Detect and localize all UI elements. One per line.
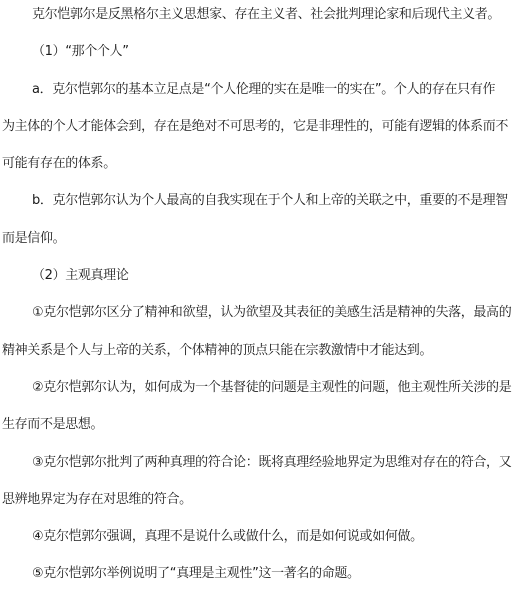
point-4: ④克尔恺郭尔强调，真理不是说什么或做什么，而是如何说或如何做。 bbox=[2, 524, 525, 561]
point-5: ⑤克尔恺郭尔举例说明了“真理是主观性”这一著名的命题。 bbox=[2, 561, 525, 598]
point-2-line-2: 生存而不是思想。 bbox=[2, 412, 525, 449]
heading-section-2: （2）主观真理论 bbox=[2, 263, 525, 300]
point-1-line-1: ①克尔恺郭尔区分了精神和欲望，认为欲望及其表征的美感生活是精神的失落，最高的 bbox=[2, 300, 525, 337]
document-body: 克尔恺郭尔是反黑格尔主义思想家、存在主义者、社会批判理论家和后现代主义者。 （1… bbox=[0, 0, 527, 599]
point-2-line-1: ②克尔恺郭尔认为，如何成为一个基督徒的问题是主观性的问题，他主观性所关涉的是 bbox=[2, 375, 525, 412]
point-1-line-2: 精神关系是个人与上帝的关系，个体精神的顶点只能在宗教激情中才能达到。 bbox=[2, 338, 525, 375]
paragraph-a-line-3: 可能有存在的体系。 bbox=[2, 151, 525, 188]
point-3-line-2: 思辨地界定为存在对思维的符合。 bbox=[2, 487, 525, 524]
point-3-line-1: ③克尔恺郭尔批判了两种真理的符合论：既将真理经验地界定为思维对存在的符合，又 bbox=[2, 450, 525, 487]
paragraph-a-line-1: a．克尔恺郭尔的基本立足点是“个人伦理的实在是唯一的实在”。个人的存在只有作 bbox=[2, 77, 525, 114]
paragraph-a-line-2: 为主体的个人才能体会到，存在是绝对不可思考的，它是非理性的，可能有逻辑的体系而不 bbox=[2, 114, 525, 151]
paragraph-intro: 克尔恺郭尔是反黑格尔主义思想家、存在主义者、社会批判理论家和后现代主义者。 bbox=[2, 2, 525, 39]
paragraph-b-line-1: b．克尔恺郭尔认为个人最高的自我实现在于个人和上帝的关联之中，重要的不是理智 bbox=[2, 188, 525, 225]
paragraph-b-line-2: 而是信仰。 bbox=[2, 226, 525, 263]
heading-section-1: （1）“那个个人” bbox=[2, 39, 525, 76]
